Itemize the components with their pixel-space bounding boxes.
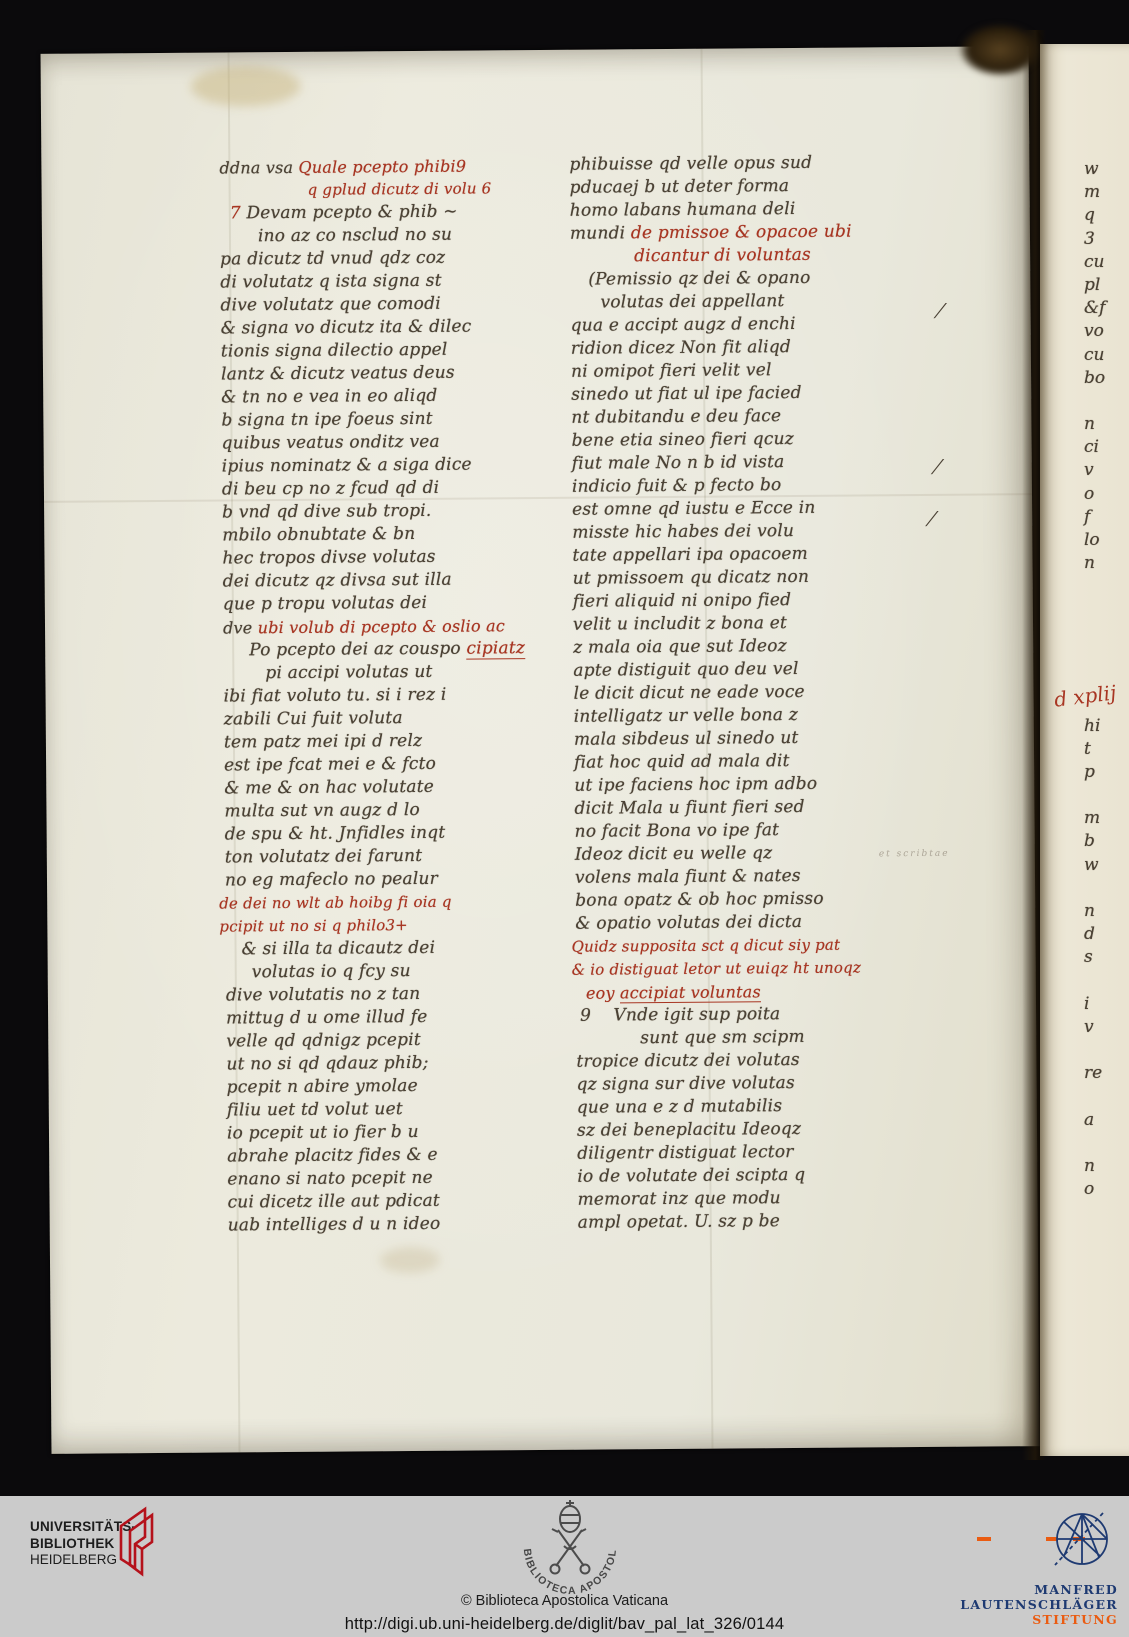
facing-text-fragment: bo: [1084, 367, 1129, 390]
ink-text: Po pcepto dei az couspo: [249, 639, 466, 661]
ink-text: mundi: [570, 223, 631, 243]
ink-text: ipius nominatz & a siga dice: [222, 455, 472, 477]
rubric-text: Quidz supposita sct q dicut siy pat: [571, 936, 840, 956]
facing-text-fragment: m: [1084, 807, 1129, 830]
facing-text-fragment: [1084, 599, 1129, 622]
ink-text: memorat inz que modu: [577, 1188, 780, 1210]
facing-text-fragment: cu: [1084, 344, 1129, 367]
manuscript-line: & opatio volutas dei dicta: [575, 910, 955, 936]
ink-text: lantz & dicutz veatus deus: [221, 363, 455, 385]
manuscript-line: tionis signa dilectio appel: [221, 338, 557, 364]
facing-text-fragment: [1084, 877, 1129, 900]
manuscript-line: phibuisse qd velle opus sud: [569, 151, 949, 177]
manuscript-line: & si illa ta dicautz dei: [241, 936, 561, 962]
manuscript-line: diligentr distiguat lector: [577, 1140, 957, 1166]
rubric-text: & io distiguat letor ut euiqz ht unoqz: [572, 958, 861, 978]
ink-text: est omne qd iustu e Ecce in: [572, 498, 816, 520]
ink-text: tate appellari ipa opacoem: [572, 544, 808, 566]
manuscript-line: tropice dicutz dei volutas: [576, 1048, 956, 1074]
manuscript-line: no eg mafeclo no pealur: [225, 867, 561, 893]
manuscript-line: mittug d u ome illud fe: [226, 1005, 562, 1031]
facing-text-fragment: v: [1084, 459, 1129, 482]
manuscript-line: fiut male No n b id vista: [572, 450, 952, 476]
ink-text: misste hic habes dei volu: [572, 521, 794, 543]
facing-text-fragment: m: [1084, 181, 1129, 204]
manuscript-line: velit u includit z bona et: [573, 611, 953, 637]
ink-text: volutas io q fcy su: [252, 961, 411, 982]
facing-text-fragment: re: [1084, 1062, 1129, 1085]
facing-text-fragment: p: [1084, 761, 1129, 784]
ink-text: que p tropu volutas dei: [223, 593, 427, 615]
ink-text: ut no si qd qdauz phib;: [226, 1053, 428, 1075]
manuscript-line: di volutatz q ista signa st: [220, 269, 556, 295]
ink-text: de spu & ht. Jnfidles inqt: [225, 823, 446, 845]
ink-text: cui dicetz ille aut pdicat: [227, 1191, 440, 1213]
manuscript-column-left: ddna vsa Quale pcepto phibi9q gplud dicu…: [219, 154, 563, 1238]
manuscript-line: bona opatz & ob hoc pmisso: [575, 887, 955, 913]
rubric-text: accipiat voluntas: [620, 982, 761, 1003]
ink-text: pa dicutz td vnud qdz coz: [220, 248, 445, 270]
manuscript-line: z mala oia que sut Ideoz: [573, 634, 953, 660]
facing-text-fragment: b: [1084, 830, 1129, 853]
ink-text: intelligatz ur velle bona z: [574, 705, 798, 727]
ink-text: & tn no e vea in eo aliqd: [221, 386, 437, 408]
manuscript-line: pcepit n abire ymolae: [227, 1074, 563, 1100]
manuscript-line: qua e accipt augz d enchi: [571, 312, 951, 338]
manuscript-line: fieri aliquid ni onipo fied: [573, 588, 953, 614]
ink-text: le dicit dicut ne eade voce: [573, 682, 804, 704]
ink-text: tem patz mei ipi d relz: [224, 731, 422, 753]
ink-text: dve: [223, 618, 258, 637]
ink-text: qz signa sur dive volutas: [577, 1073, 795, 1095]
facing-text-fragment: [1084, 645, 1129, 668]
manuscript-line: quibus veatus onditz vea: [221, 430, 557, 456]
ink-text: uab intelliges d u n ideo: [228, 1214, 441, 1236]
manuscript-line: 9 Vnde igit sup poita: [580, 1002, 956, 1028]
ink-text: fiat hoc quid ad mala dit: [574, 751, 790, 773]
manuscript-line: di beu cp no z fcud qd di: [222, 476, 558, 502]
manuscript-line: ut no si qd qdauz phib;: [226, 1051, 562, 1077]
ink-text: & si illa ta dicautz dei: [241, 938, 435, 960]
manuscript-line: tem patz mei ipi d relz: [224, 729, 560, 755]
ink-text: b vnd qd dive sub tropi.: [222, 501, 432, 523]
facing-text-fragment: s: [1084, 946, 1129, 969]
manuscript-line: ut pmissoem qu dicatz non: [573, 565, 953, 591]
ink-text: tropice dicutz dei volutas: [576, 1050, 800, 1072]
ink-text: & opatio volutas dei dicta: [575, 912, 802, 934]
manuscript-line: ddna vsa Quale pcepto phibi9: [219, 154, 555, 180]
manuscript-line: io de volutate dei scipta q: [577, 1163, 957, 1189]
ink-text: (Pemissio qz dei & opano: [588, 268, 810, 290]
ink-text: bene etia sineo fieri qcuz: [571, 429, 793, 451]
manuscript-line: memorat inz que modu: [577, 1186, 957, 1212]
ink-text: est ipe fcat mei e & fcto: [224, 754, 436, 776]
manuscript-line: dei dicutz qz divsa sut illa: [223, 568, 559, 594]
binding-damage-spot: [960, 24, 1040, 76]
manuscript-line: sunt que sm scipm: [640, 1025, 956, 1050]
manuscript-line: volutas dei appellant: [600, 289, 950, 315]
manuscript-line: dive volutatz que comodi: [220, 292, 556, 318]
manuscript-line: ridion dicez Non fit aliqd: [571, 335, 951, 361]
manuscript-line: intelligatz ur velle bona z: [574, 703, 954, 729]
ink-text: filiu uet td volut uet: [227, 1099, 403, 1120]
ink-text: no eg mafeclo no pealur: [225, 869, 438, 891]
facing-text-fragment: n: [1084, 900, 1129, 923]
facing-text-fragment: n: [1084, 552, 1129, 575]
manuscript-line: eoy accipiat voluntas: [586, 979, 956, 1005]
footer-bar: UNIVERSITÄTS- BIBLIOTHEK HEIDELBERG: [0, 1496, 1129, 1637]
ink-text: enano si nato pcepit ne: [227, 1168, 433, 1190]
ink-text: nt dubitandu e deu face: [571, 406, 781, 428]
manuscript-line: & tn no e vea in eo aliqd: [221, 384, 557, 410]
ink-text: & signa vo dicutz ita & dilec: [221, 317, 472, 339]
manuscript-line: & signa vo dicutz ita & dilec: [221, 315, 557, 341]
rubric-text: eoy: [586, 983, 620, 1002]
manuscript-line: zabili Cui fuit voluta: [224, 706, 560, 732]
ink-text: hec tropos divse volutas: [222, 547, 435, 569]
manuscript-line: volutas io q fcy su: [252, 959, 562, 984]
facing-text-fragment: o: [1084, 483, 1129, 506]
rubric-text: pcipit ut no si q philo3+: [219, 916, 408, 935]
ink-flourish: ⁄: [938, 299, 942, 323]
ink-text: no facit Bona vo ipe fat: [575, 820, 780, 842]
manuscript-line: fiat hoc quid ad mala dit: [574, 749, 954, 775]
manuscript-line: sinedo ut fiat ul ipe facied: [571, 381, 951, 407]
ink-text: sunt que sm scipm: [640, 1027, 805, 1048]
facing-text-fragment: [1084, 575, 1129, 598]
manuscript-line: hec tropos divse volutas: [222, 545, 558, 571]
ink-text: sz dei beneplacitu Ideoqz: [577, 1119, 801, 1141]
ub-heidelberg-logo-icon: [110, 1504, 164, 1580]
facing-text-fragment: a: [1084, 1109, 1129, 1132]
facing-text-fragment: n: [1084, 1155, 1129, 1178]
manuscript-line: est ipe fcat mei e & fcto: [224, 752, 560, 778]
ink-text: abrahe placitz fides & e: [227, 1145, 438, 1167]
ink-text: tionis signa dilectio appel: [221, 340, 448, 362]
seal-circular-text: BIBLIOTECA APOSTOLICA VATICANA: [510, 1488, 619, 1597]
vatican-library-seal-icon: BIBLIOTECA APOSTOLICA VATICANA: [510, 1488, 630, 1608]
manuscript-column-right: phibuisse qd velle opus sudpducaej b ut …: [569, 151, 957, 1235]
facing-text-fragment: vo: [1084, 320, 1129, 343]
manuscript-line: no facit Bona vo ipe fat: [575, 818, 955, 844]
manuscript-line: de dei no wlt ab hoibg fi oia q: [219, 890, 561, 916]
facing-text-fragment: [1084, 1201, 1129, 1224]
ink-text: velit u includit z bona et: [573, 613, 787, 635]
facing-text-fragment: o: [1084, 1178, 1129, 1201]
manuscript-line: (Pemissio qz dei & opano: [588, 266, 950, 292]
manuscript-line: misste hic habes dei volu: [572, 519, 952, 545]
ink-text: z mala oia que sut Ideoz: [573, 636, 787, 658]
manuscript-line: 7 Devam pcepto & phib ~: [230, 200, 556, 226]
ink-text: que una e z d mutabilis: [577, 1096, 783, 1118]
manuscript-line: de spu & ht. Jnfidles inqt: [225, 821, 561, 847]
manuscript-line: abrahe placitz fides & e: [227, 1143, 563, 1169]
rubric-text: Quale pcepto phibi9: [298, 157, 466, 177]
manuscript-line: ton volutatz dei farunt: [225, 844, 561, 870]
ink-text: ddna vsa: [219, 158, 298, 178]
manuscript-line: & me & on hac volutate: [224, 775, 560, 801]
manuscript-line: ibi fiat voluto tu. si i rez i: [223, 683, 559, 709]
facing-text-fragment: 3: [1084, 228, 1129, 251]
page-stain: [191, 66, 301, 107]
ink-text: ampl opetat. U. sz p be: [578, 1211, 780, 1233]
ink-text: pducaej b ut deter forma: [570, 176, 790, 198]
ink-text: ino az co nsclud no su: [258, 225, 452, 247]
ink-text: mala sibdeus ul sinedo ut: [574, 728, 799, 750]
manuscript-line: dicantur di voluntas: [634, 243, 950, 268]
ink-text: di beu cp no z fcud qd di: [222, 478, 439, 500]
scan-viewport: ddna vsa Quale pcepto phibi9q gplud dicu…: [0, 0, 1129, 1637]
facing-text-fragment: w: [1084, 158, 1129, 181]
manuscript-line: lantz & dicutz veatus deus: [221, 361, 557, 387]
ink-text: dive volutatis no z tan: [226, 984, 421, 1006]
facing-text-fragment: [1084, 1132, 1129, 1155]
manuscript-line: multa sut vn augz d lo: [224, 798, 560, 824]
margin-flourishes: ⁄⁄⁄: [41, 46, 1029, 54]
ink-text: quibus veatus onditz vea: [222, 432, 440, 454]
manuscript-line: nt dubitandu e deu face: [571, 404, 951, 430]
manuscript-line: mala sibdeus ul sinedo ut: [574, 726, 954, 752]
manuscript-line: pa dicutz td vnud qdz coz: [220, 246, 556, 272]
ink-flourish: ⁄: [930, 507, 934, 531]
manuscript-line: cui dicetz ille aut pdicat: [227, 1189, 563, 1215]
manuscript-line: uab intelliges d u n ideo: [228, 1212, 564, 1238]
facing-text-fragment: lo: [1084, 529, 1129, 552]
facing-text-fragment: hi: [1084, 715, 1129, 738]
facing-text-fragment: d: [1084, 923, 1129, 946]
ink-text: ut pmissoem qu dicatz non: [573, 567, 810, 589]
rubric-text: de dei no wlt ab hoibg fi oia q: [219, 893, 452, 913]
ink-text: mbilo obnubtate & bn: [222, 524, 415, 546]
ink-text: dicit Mala u fiunt fieri sed: [574, 797, 804, 819]
svg-text:BIBLIOTECA APOSTOLICA VATICANA: BIBLIOTECA APOSTOLICA VATICANA: [510, 1488, 619, 1597]
ink-text: zabili Cui fuit voluta: [224, 708, 403, 729]
manuscript-line: que una e z d mutabilis: [577, 1094, 957, 1120]
manuscript-line: ampl opetat. U. sz p be: [578, 1209, 958, 1235]
manuscript-line: tate appellari ipa opacoem: [572, 542, 952, 568]
ink-text: qua e accipt augz d enchi: [571, 314, 796, 336]
manuscript-line: velle qd qdnigz pcepit: [226, 1028, 562, 1054]
manuscript-line: dve ubi volub di pcepto & oslio ac: [223, 614, 559, 640]
manuscript-line: sz dei beneplacitu Ideoqz: [577, 1117, 957, 1143]
manuscript-line: Po pcepto dei az couspo cipiatz: [249, 637, 559, 662]
manuscript-line: q gplud dicutz di volu 6: [308, 177, 556, 202]
manuscript-line: ino az co nsclud no su: [258, 223, 556, 248]
stiftung-orange-dash: [977, 1537, 991, 1541]
ink-text: & me & on hac volutate: [224, 777, 434, 799]
manuscript-line: pcipit ut no si q philo3+: [219, 913, 561, 939]
ink-text: pcepit n abire ymolae: [227, 1076, 418, 1098]
manuscript-line: le dicit dicut ne eade voce: [573, 680, 953, 706]
manuscript-line: Quidz supposita sct q dicut siy pat: [571, 933, 955, 959]
rubric-text: cipiatz: [466, 638, 525, 659]
manuscript-line: io pcepit ut io fier b u: [227, 1120, 563, 1146]
ink-text: io pcepit ut io fier b u: [227, 1122, 419, 1144]
ink-text: mittug d u ome illud fe: [226, 1007, 428, 1029]
ink-text: 9 Vnde igit sup poita: [580, 1004, 780, 1026]
manuscript-line: pi accipi volutas ut: [265, 660, 559, 685]
manuscript-line: ipius nominatz & a siga dice: [222, 453, 558, 479]
facing-text-fragment: [1084, 390, 1129, 413]
stiftung-line2: LAUTENSCHLÄGER: [960, 1597, 1118, 1612]
ink-text: Devam pcepto & phib ~: [246, 202, 457, 224]
facing-text-fragment: t: [1084, 738, 1129, 761]
ink-text: apte distiguit quo deu vel: [573, 659, 798, 681]
ink-text: volutas dei appellant: [600, 291, 784, 312]
facing-text-fragment: [1084, 970, 1129, 993]
page-stain: [380, 1247, 440, 1273]
ink-text: homo labans humana deli: [570, 199, 796, 221]
manuscript-line: que p tropu volutas dei: [223, 591, 559, 617]
stiftung-line1: MANFRED: [960, 1582, 1118, 1597]
ink-text: di volutatz q ista signa st: [220, 271, 442, 293]
manuscript-line: b vnd qd dive sub tropi.: [222, 499, 558, 525]
ink-text: ridion dicez Non fit aliqd: [571, 337, 791, 359]
ink-text: dei dicutz qz divsa sut illa: [223, 570, 452, 592]
manuscript-line: qz signa sur dive volutas: [577, 1071, 957, 1097]
manuscript-line: dive volutatis no z tan: [226, 982, 562, 1008]
ink-text: volens mala fiunt & nates: [575, 866, 801, 888]
ink-text: dive volutatz que comodi: [220, 294, 440, 316]
rubric-text: ubi volub di pcepto & oslio ac: [258, 616, 505, 637]
facing-text-fragment: v: [1084, 1016, 1129, 1039]
stiftung-line3: STIFTUNG: [960, 1612, 1118, 1627]
ink-text: sinedo ut fiat ul ipe facied: [571, 383, 802, 405]
facing-text-fragment: q: [1084, 204, 1129, 227]
manuscript-line: mbilo obnubtate & bn: [222, 522, 558, 548]
facing-text-fragment: pl: [1084, 274, 1129, 297]
facing-text-fragment: [1084, 1039, 1129, 1062]
facing-text-fragment: [1084, 1086, 1129, 1109]
manuscript-line: indicio fuit & p fecto bo: [572, 473, 952, 499]
rubric-text: q gplud dicutz di volu 6: [308, 179, 492, 198]
facing-text-fragment: w: [1084, 854, 1129, 877]
ink-text: ni omipot fieri velit vel: [571, 360, 772, 382]
ink-text: indicio fuit & p fecto bo: [572, 475, 782, 497]
ink-text: phibuisse qd velle opus sud: [569, 153, 812, 175]
facing-text-fragment: [1084, 622, 1129, 645]
ink-text: diligentr distiguat lector: [577, 1142, 794, 1164]
ink-text: fieri aliquid ni onipo fied: [573, 590, 791, 612]
stiftung-wordmark: MANFRED LAUTENSCHLÄGER STIFTUNG: [960, 1582, 1118, 1627]
manuscript-line: & io distiguat letor ut euiqz ht unoqz: [572, 956, 956, 982]
facing-text-fragment: &f: [1084, 297, 1129, 320]
rubric-text: de pmissoe & opacoe ubi: [631, 222, 852, 244]
ink-text: pi accipi volutas ut: [265, 662, 432, 683]
facing-text-fragment: [1084, 784, 1129, 807]
ink-text: bona opatz & ob hoc pmisso: [575, 889, 824, 911]
manuscript-line: dicit Mala u fiunt fieri sed: [574, 795, 954, 821]
ink-text: Ideoz dicit eu welle qz: [575, 843, 773, 865]
ink-text: multa sut vn augz d lo: [224, 800, 420, 822]
manuscript-line: ut ipe faciens hoc ipm adbo: [574, 772, 954, 798]
ink-text: velle qd qdnigz pcepit: [226, 1030, 421, 1052]
rubric-text: 7: [230, 203, 247, 223]
ink-text: ut ipe faciens hoc ipm adbo: [574, 774, 817, 796]
manuscript-line: bene etia sineo fieri qcuz: [571, 427, 951, 453]
rubric-text: dicantur di voluntas: [634, 245, 811, 266]
manuscript-line: apte distiguit quo deu vel: [573, 657, 953, 683]
manuscript-line: enano si nato pcepit ne: [227, 1166, 563, 1192]
ink-text: fiut male No n b id vista: [572, 452, 785, 474]
manuscript-line: mundi de pmissoe & opacoe ubi: [570, 220, 950, 246]
facing-text-fragment: f: [1084, 506, 1129, 529]
ink-text: ibi fiat voluto tu. si i rez i: [223, 685, 446, 707]
facing-text-fragment: cu: [1084, 251, 1129, 274]
manuscript-line: ni omipot fieri velit vel: [571, 358, 951, 384]
manuscript-line: volens mala fiunt & nates: [575, 864, 955, 890]
facing-page-edge: wmq3cupl&fvocuboncivoflonhitpmbwndsivrea…: [1040, 44, 1129, 1456]
ink-flourish: ⁄: [936, 455, 940, 479]
manuscript-line: pducaej b ut deter forma: [569, 174, 949, 200]
marginal-scribble: et scribtae: [879, 849, 950, 860]
facing-text-fragment: i: [1084, 993, 1129, 1016]
manuscript-line: est omne qd iustu e Ecce in: [572, 496, 952, 522]
stiftung-globe-logo-icon: [1053, 1511, 1111, 1569]
facing-text-fragment: n: [1084, 413, 1129, 436]
manuscript-line: filiu uet td volut uet: [227, 1097, 563, 1123]
manuscript-line: b signa tn ipe foeus sint: [221, 407, 557, 433]
ink-text: ton volutatz dei farunt: [225, 846, 423, 868]
ink-text: io de volutate dei scipta q: [577, 1165, 805, 1187]
manuscript-page: ddna vsa Quale pcepto phibi9q gplud dicu…: [41, 46, 1040, 1454]
manuscript-line: homo labans humana deli: [570, 197, 950, 223]
ink-text: b signa tn ipe foeus sint: [221, 409, 433, 431]
facing-text-fragment: ci: [1084, 436, 1129, 459]
